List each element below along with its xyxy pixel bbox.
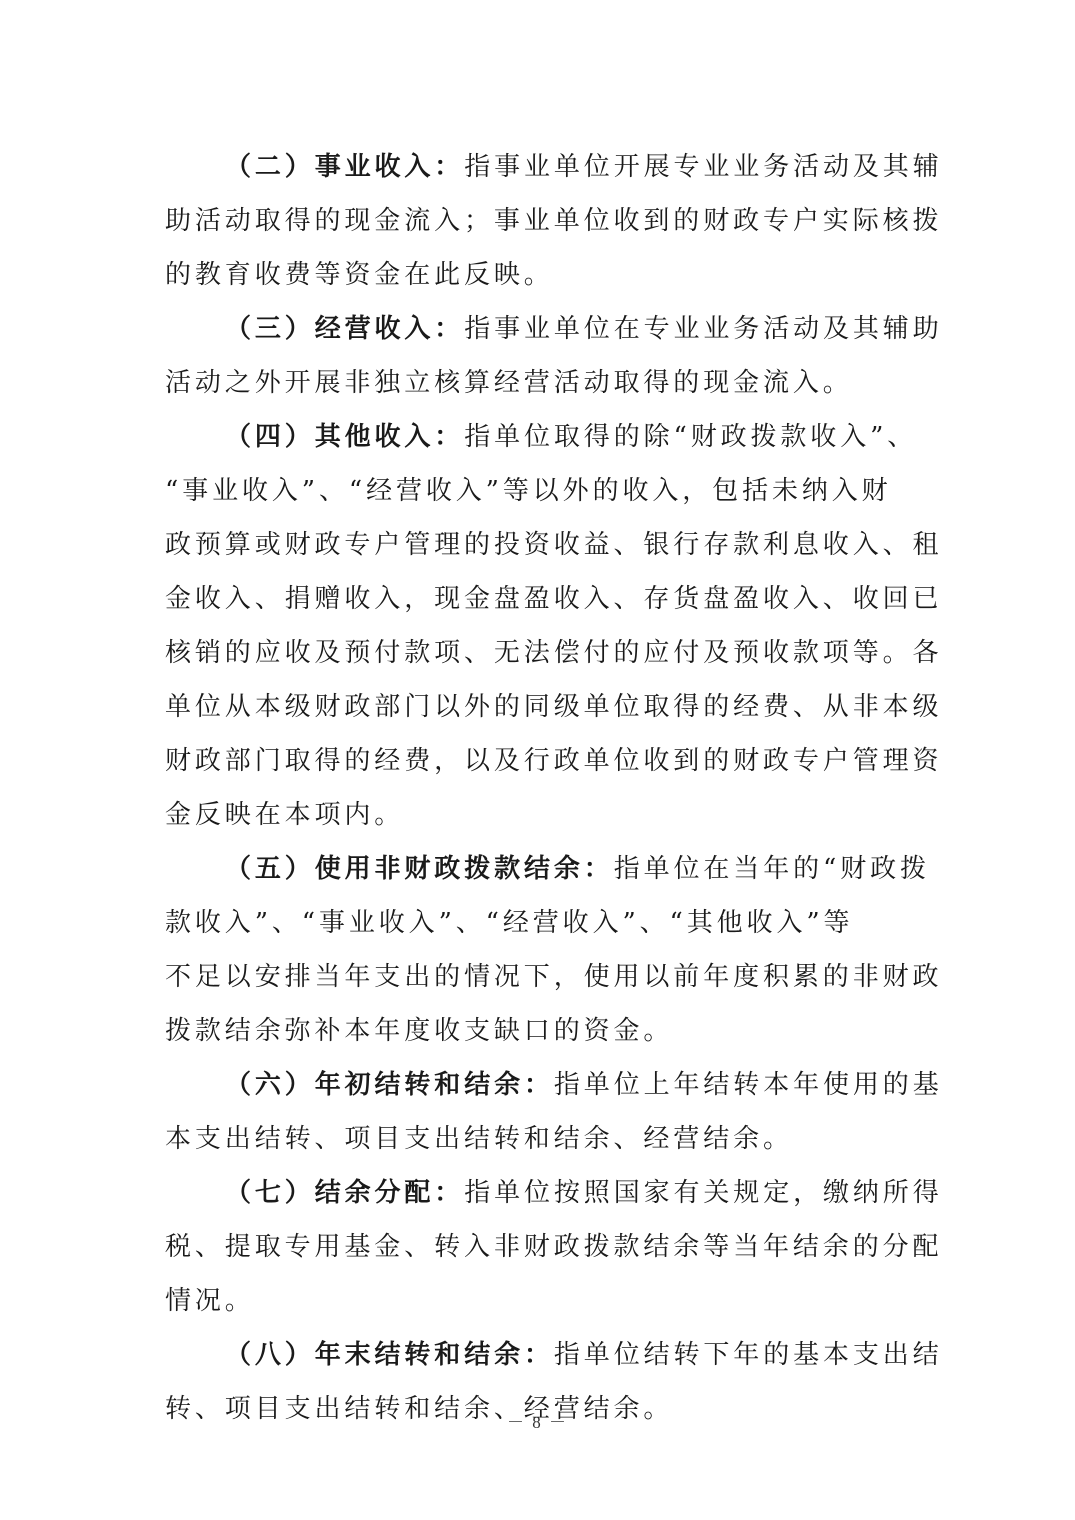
- paragraph-line: （七）结余分配：指单位按照国家有关规定，缴纳所得: [165, 1166, 925, 1220]
- paragraph-line: （八）年末结转和结余：指单位结转下年的基本支出结: [165, 1328, 925, 1382]
- paragraph-line: 款收入”、“事业收入”、“经营收入”、“其他收入”等: [165, 896, 925, 950]
- paragraph-heading: （七）结余分配：: [225, 1178, 464, 1208]
- paragraph-line: “事业收入”、“经营收入”等以外的收入，包括未纳入财: [165, 464, 925, 518]
- paragraph-line: 金反映在本项内。: [165, 788, 925, 842]
- paragraph-line: 金收入、捐赠收入，现金盘盈收入、存货盘盈收入、收回已: [165, 572, 925, 626]
- paragraph-text: 指单位在当年的“财政拨: [614, 854, 930, 884]
- paragraph-line: 核销的应收及预付款项、无法偿付的应付及预收款项等。各: [165, 626, 925, 680]
- paragraph-line: 的教育收费等资金在此反映。: [165, 248, 925, 302]
- paragraph-balance-distribution: （七）结余分配：指单位按照国家有关规定，缴纳所得 税、提取专用基金、转入非财政拨…: [165, 1166, 925, 1328]
- paragraph-heading: （二）事业收入：: [225, 152, 464, 182]
- paragraph-operating-income: （三）经营收入：指事业单位在专业业务活动及其辅助 活动之外开展非独立核算经营活动…: [165, 302, 925, 410]
- paragraph-text: 指单位取得的除“财政拨款收入”、: [464, 422, 917, 452]
- paragraph-non-fiscal-balance-use: （五）使用非财政拨款结余：指单位在当年的“财政拨 款收入”、“事业收入”、“经营…: [165, 842, 925, 1058]
- paragraph-text: 指单位上年结转本年使用的基: [554, 1070, 943, 1100]
- paragraph-line: 财政部门取得的经费，以及行政单位收到的财政专户管理资: [165, 734, 925, 788]
- paragraph-text: 指单位按照国家有关规定，缴纳所得: [464, 1178, 942, 1208]
- paragraph-line: 拨款结余弥补本年度收支缺口的资金。: [165, 1004, 925, 1058]
- paragraph-text: 指事业单位在专业业务活动及其辅助: [464, 314, 942, 344]
- paragraph-line: 情况。: [165, 1274, 925, 1328]
- paragraph-line: 活动之外开展非独立核算经营活动取得的现金流入。: [165, 356, 925, 410]
- paragraph-line: （四）其他收入：指单位取得的除“财政拨款收入”、: [165, 410, 925, 464]
- paragraph-heading: （四）其他收入：: [225, 422, 464, 452]
- paragraph-line: 助活动取得的现金流入；事业单位收到的财政专户实际核拨: [165, 194, 925, 248]
- paragraph-line: （二）事业收入：指事业单位开展专业业务活动及其辅: [165, 140, 925, 194]
- paragraph-line: （五）使用非财政拨款结余：指单位在当年的“财政拨: [165, 842, 925, 896]
- paragraph-heading: （六）年初结转和结余：: [225, 1070, 554, 1100]
- paragraph-line: 单位从本级财政部门以外的同级单位取得的经费、从非本级: [165, 680, 925, 734]
- paragraph-line: 本支出结转、项目支出结转和结余、经营结余。: [165, 1112, 925, 1166]
- paragraph-heading: （八）年末结转和结余：: [225, 1340, 554, 1370]
- paragraph-text: 指单位结转下年的基本支出结: [554, 1340, 943, 1370]
- paragraph-line: （三）经营收入：指事业单位在专业业务活动及其辅助: [165, 302, 925, 356]
- paragraph-heading: （三）经营收入：: [225, 314, 464, 344]
- paragraph-heading: （五）使用非财政拨款结余：: [225, 854, 614, 884]
- document-body: （二）事业收入：指事业单位开展专业业务活动及其辅 助活动取得的现金流入；事业单位…: [165, 140, 925, 1436]
- paragraph-line: 不足以安排当年支出的情况下，使用以前年度积累的非财政: [165, 950, 925, 1004]
- paragraph-line: （六）年初结转和结余：指单位上年结转本年使用的基: [165, 1058, 925, 1112]
- paragraph-other-income: （四）其他收入：指单位取得的除“财政拨款收入”、 “事业收入”、“经营收入”等以…: [165, 410, 925, 842]
- page-number: － 8 －: [0, 1408, 1075, 1433]
- paragraph-opening-carryover: （六）年初结转和结余：指单位上年结转本年使用的基 本支出结转、项目支出结转和结余…: [165, 1058, 925, 1166]
- paragraph-line: 政预算或财政专户管理的投资收益、银行存款利息收入、租: [165, 518, 925, 572]
- paragraph-text: 指事业单位开展专业业务活动及其辅: [464, 152, 942, 182]
- paragraph-business-income: （二）事业收入：指事业单位开展专业业务活动及其辅 助活动取得的现金流入；事业单位…: [165, 140, 925, 302]
- paragraph-line: 税、提取专用基金、转入非财政拨款结余等当年结余的分配: [165, 1220, 925, 1274]
